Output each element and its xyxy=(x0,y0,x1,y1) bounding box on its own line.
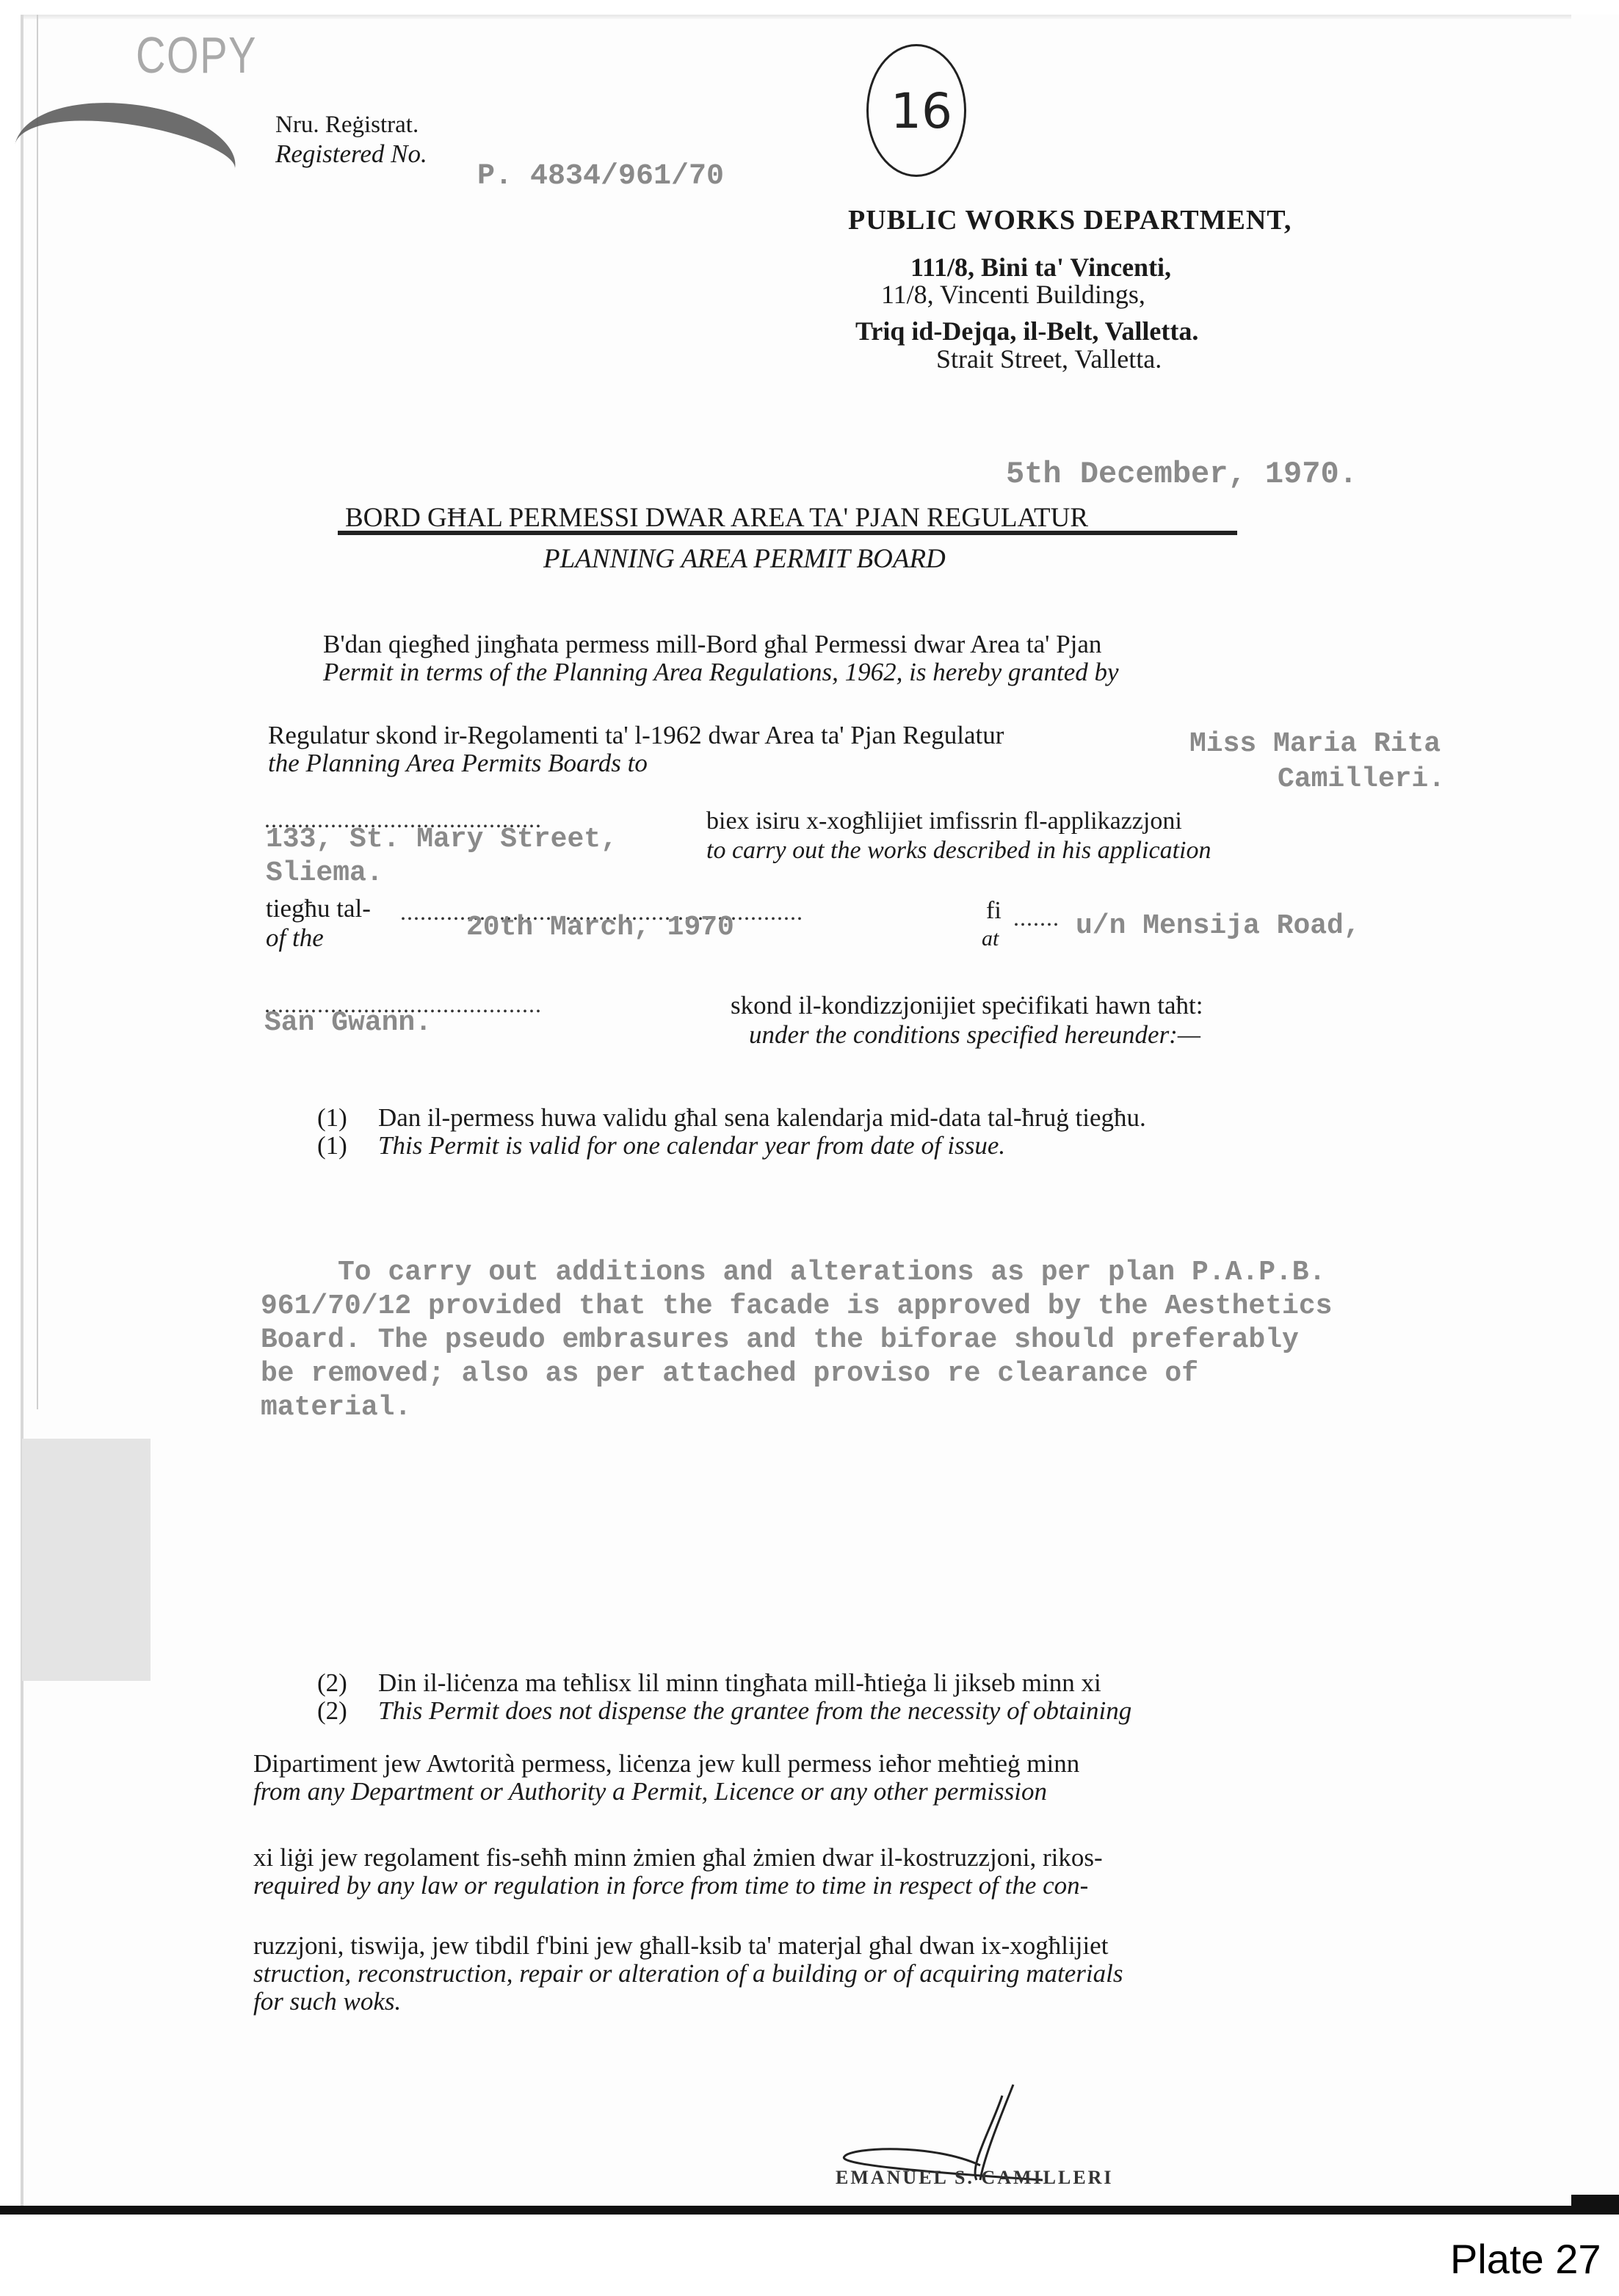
conditions-intro-mt: skond il-kondizzjonijiet speċifikati haw… xyxy=(731,991,1203,1020)
fill-dots: ....... xyxy=(1013,904,1060,931)
condition-2-en-line: from any Department or Authority a Permi… xyxy=(253,1777,1047,1806)
typed-condition-line: To carry out additions and alterations a… xyxy=(338,1257,1325,1288)
grantee-address: 133, St. Mary Street, xyxy=(266,824,617,855)
address-en-2: Strait Street, Valletta. xyxy=(936,344,1162,374)
grantee-surname: Camilleri. xyxy=(1278,763,1445,795)
condition-2-en-line: struction, reconstruction, repair or alt… xyxy=(253,1959,1123,1988)
issue-date: 5th December, 1970. xyxy=(1006,457,1358,492)
page-fold-line xyxy=(37,15,38,1409)
signatory-name: EMANUEL S. CAMILLERI xyxy=(836,2167,1114,2189)
grant-line2-en: the Planning Area Permits Boards to xyxy=(268,749,648,778)
of-the-mt: tiegħu tal- xyxy=(266,894,371,923)
address-mt-1: 111/8, Bini ta' Vincenti, xyxy=(910,252,1171,283)
at-mt: fi xyxy=(986,897,1002,925)
at-en: at xyxy=(982,926,999,951)
condition-1-number-en: (1) xyxy=(317,1131,347,1160)
condition-2-mt-line: Din il-liċenza ma teħlisx lil minn tingħ… xyxy=(378,1668,1101,1698)
condition-2-en-line: This Permit does not dispense the grante… xyxy=(378,1696,1131,1726)
folio-number: 16 xyxy=(891,83,952,139)
grantee-name: Miss Maria Rita xyxy=(1189,728,1441,760)
condition-2-mt-line: Dipartiment jew Awtorità permess, liċenz… xyxy=(253,1749,1079,1779)
grant-line2-mt: Regulatur skond ir-Regolamenti ta' l-196… xyxy=(268,721,1004,750)
page-bottom-edge xyxy=(1571,2195,1619,2215)
condition-2-final-en: for such woks. xyxy=(253,1987,401,2016)
of-the-en: of the xyxy=(266,923,324,953)
address-mt-2: Triq id-Dejqa, il-Belt, Valletta. xyxy=(855,316,1198,346)
page-bottom-edge xyxy=(0,2206,1619,2215)
typed-condition-line: Board. The pseudo embrasures and the bif… xyxy=(261,1324,1299,1356)
typed-condition-line: 961/70/12 provided that the facade is ap… xyxy=(261,1290,1332,1322)
condition-1-mt: Dan il-permess huwa validu għal sena kal… xyxy=(378,1103,1146,1133)
department-name: PUBLIC WORKS DEPARTMENT, xyxy=(848,204,1292,236)
grant-line1-en: Permit in terms of the Planning Area Reg… xyxy=(323,658,1119,687)
attached-slip xyxy=(22,1439,151,1681)
condition-2-en-line: required by any law or regulation in for… xyxy=(253,1871,1088,1900)
application-date: 20th March, 1970 xyxy=(466,912,734,943)
registered-label-en: Registered No. xyxy=(275,139,427,169)
grant-line3-en: to carry out the works described in his … xyxy=(706,837,1211,865)
board-title-en: PLANNING AREA PERMIT BOARD xyxy=(543,543,946,575)
site-location: u/n Mensija Road, xyxy=(1076,910,1361,942)
page-edge xyxy=(22,15,1571,19)
condition-1-en: This Permit is valid for one calendar ye… xyxy=(378,1131,1005,1160)
copy-stamp: COPY xyxy=(136,26,257,84)
conditions-intro-en: under the conditions specified hereunder… xyxy=(749,1020,1200,1050)
condition-2-mt-line: xi liġi jew regolament fis-seħħ minn żmi… xyxy=(253,1843,1103,1872)
grantee-town: Sliema. xyxy=(266,857,383,889)
grant-line3-mt: biex isiru x-xogħlijiet imfissrin fl-app… xyxy=(706,807,1182,835)
condition-2-mt-line: ruzzjoni, tiswija, jew tibdil f'bini jew… xyxy=(253,1931,1108,1961)
folio-circle-mark: 16 xyxy=(866,44,966,177)
title-underline xyxy=(338,531,1237,535)
page-edge xyxy=(21,15,23,2209)
address-en-1: 11/8, Vincenti Buildings, xyxy=(881,279,1145,310)
board-title-mt: BORD GĦAL PERMESSI DWAR AREA TA' PJAN RE… xyxy=(345,502,1088,534)
typed-condition-line: material. xyxy=(261,1392,411,1423)
registered-label-mt: Nru. Reġistrat. xyxy=(275,112,419,139)
grant-line1-mt: B'dan qiegħed jingħata permess mill-Bord… xyxy=(323,630,1101,659)
condition-2-number-en: (2) xyxy=(317,1696,347,1726)
typed-condition-line: be removed; also as per attached proviso… xyxy=(261,1358,1198,1389)
registered-number: P. 4834/961/70 xyxy=(477,160,724,193)
plate-label: Plate 27 xyxy=(1450,2235,1601,2283)
site-locality: San Gwann. xyxy=(264,1007,432,1039)
condition-1-number: (1) xyxy=(317,1103,347,1133)
condition-2-number: (2) xyxy=(317,1668,347,1698)
